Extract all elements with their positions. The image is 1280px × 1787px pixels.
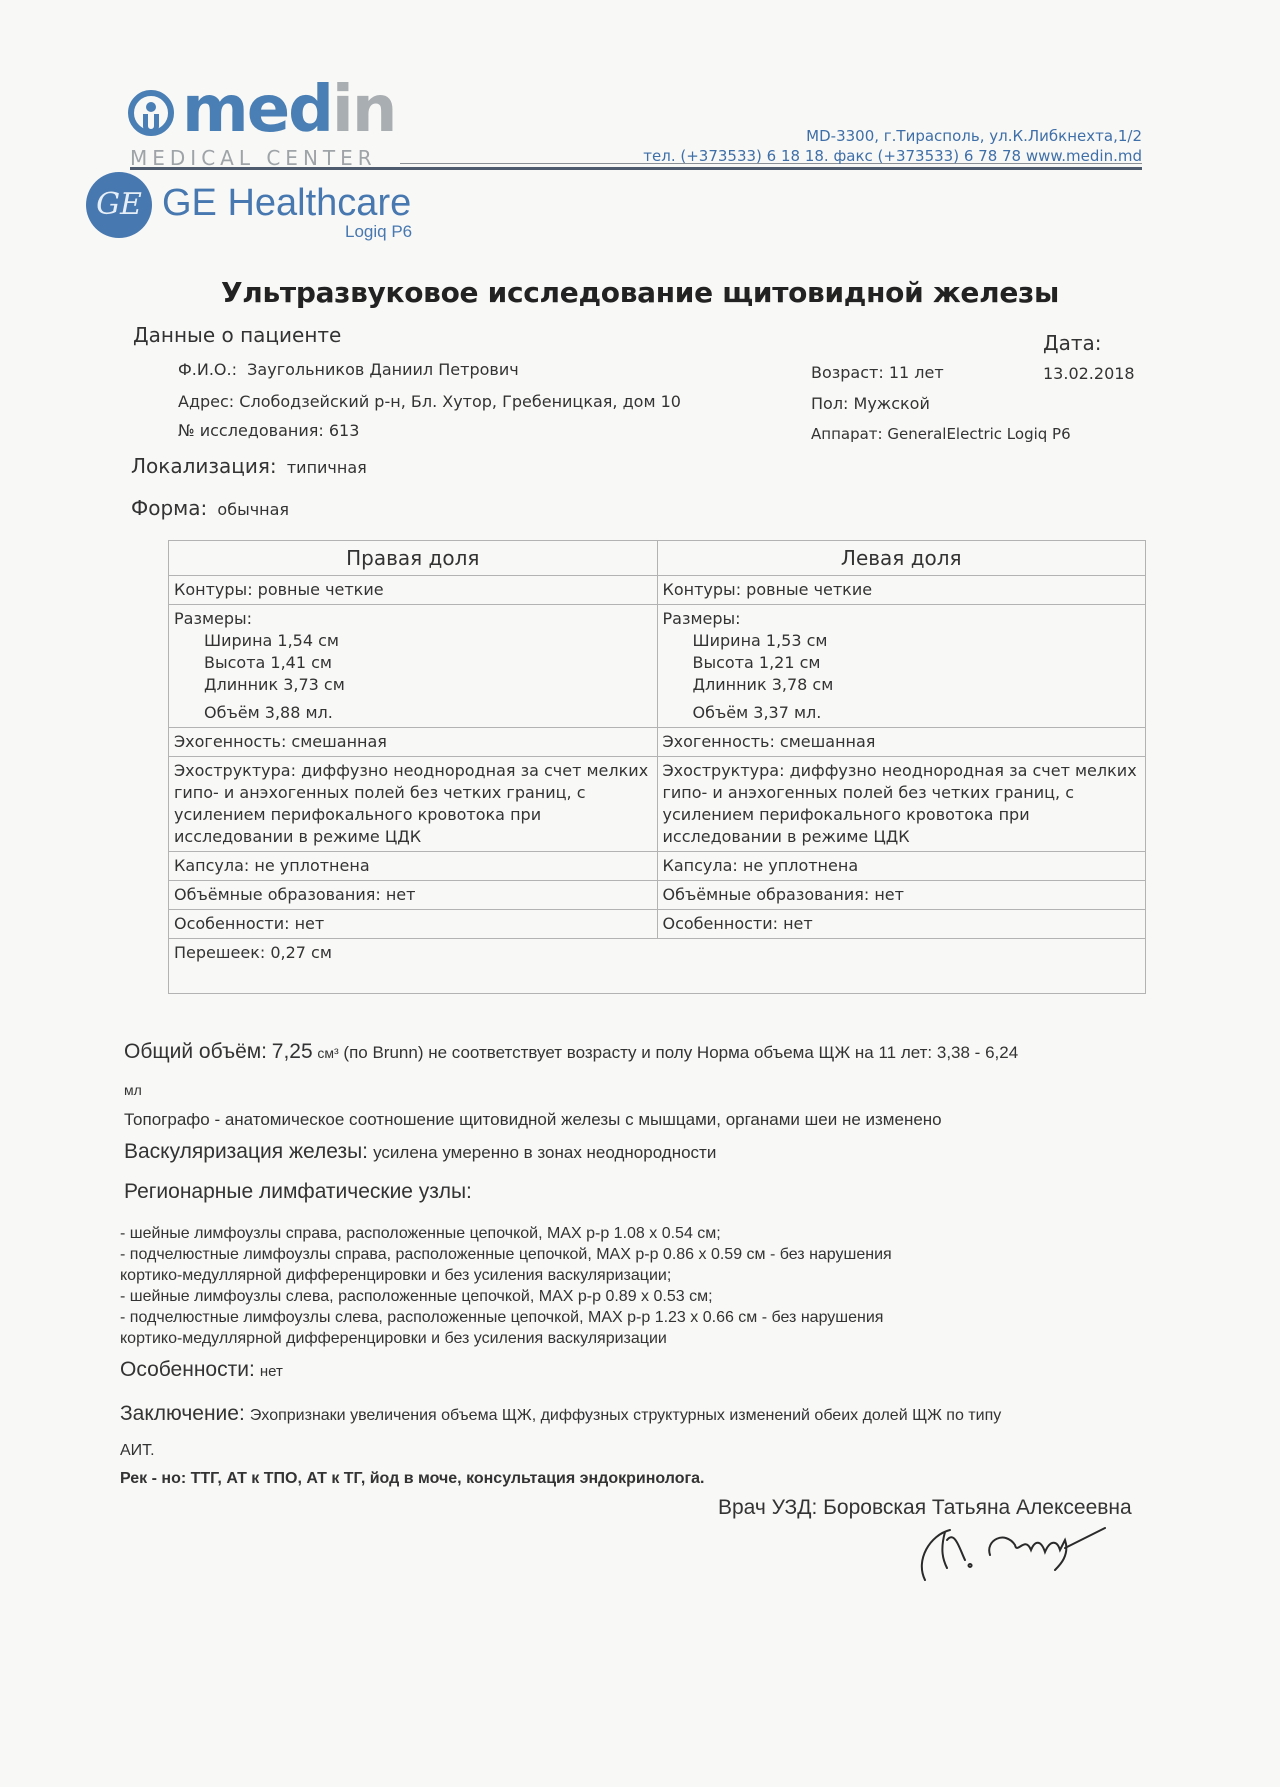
- conclusion-cont: АИТ.: [120, 1442, 155, 1460]
- total-volume-unit-cont: мл: [124, 1082, 142, 1098]
- topography: Топографо - анатомическое соотношение щи…: [124, 1110, 942, 1130]
- study-number: № исследования: 613: [178, 421, 359, 440]
- patient-name: Ф.И.О.: Заугольников Даниил Петрович: [178, 360, 519, 379]
- left-volume: Объём 3,37 мл.: [663, 702, 1141, 724]
- left-masses: Объёмные образования: нет: [657, 881, 1146, 910]
- table-row: Размеры: Ширина 1,54 см Высота 1,41 см Д…: [169, 605, 1146, 728]
- header-divider: [130, 167, 1142, 170]
- patient-section-label: Данные о пациенте: [133, 323, 341, 347]
- ge-monogram-icon: GE: [86, 172, 152, 238]
- total-volume: Общий объём: 7,25 см³ (по Brunn) не соот…: [124, 1040, 1164, 1064]
- lymph-nodes-list: - шейные лимфоузлы справа, расположенные…: [120, 1223, 892, 1349]
- right-capsule: Капсула: не уплотнена: [169, 852, 658, 881]
- left-lobe-header: Левая доля: [657, 541, 1146, 576]
- left-capsule: Капсула: не уплотнена: [657, 852, 1146, 881]
- device-info: Аппарат: GeneralElectric Logiq P6: [811, 425, 1071, 443]
- left-echogenicity: Эхогенность: смешанная: [657, 728, 1146, 757]
- report-page: medin MEDICAL CENTER MD-3300, г.Тираспол…: [0, 0, 1280, 1787]
- table-row: Капсула: не уплотнена Капсула: не уплотн…: [169, 852, 1146, 881]
- right-masses: Объёмные образования: нет: [169, 881, 658, 910]
- signature-icon: [905, 1520, 1115, 1590]
- left-features: Особенности: нет: [657, 910, 1146, 939]
- clinic-address: MD-3300, г.Тирасполь, ул.К.Либкнехта,1/2: [643, 126, 1142, 146]
- date-label: Дата:: [1043, 331, 1102, 355]
- list-item: кортико-медуллярной дифференцировки и бе…: [120, 1265, 892, 1286]
- right-echostructure: Эхоструктура: диффузно неоднородная за с…: [169, 757, 658, 852]
- recommendation: Рек - но: ТТГ, АТ к ТПО, АТ к ТГ, йод в …: [120, 1470, 705, 1488]
- lymph-nodes-label: Регионарные лимфатические узлы:: [124, 1180, 472, 1204]
- list-item: - подчелюстные лимфоузлы справа, располо…: [120, 1244, 892, 1265]
- table-row: Объёмные образования: нет Объёмные образ…: [169, 881, 1146, 910]
- medin-wordmark: medin: [182, 72, 395, 148]
- vascularization: Васкуляризация железы: усилена умеренно …: [124, 1140, 716, 1164]
- right-length: Длинник 3,73 см: [174, 674, 652, 696]
- doctor-name: Врач УЗД: Боровская Татьяна Алексеевна: [718, 1496, 1132, 1520]
- isthmus: Перешеек: 0,27 см: [169, 939, 1146, 994]
- right-volume: Объём 3,88 мл.: [174, 702, 652, 724]
- clinic-phone-fax-web: тел. (+373533) 6 18 18. факс (+373533) 6…: [643, 146, 1142, 166]
- left-length: Длинник 3,78 см: [663, 674, 1141, 696]
- page-title: Ультразвуковое исследование щитовидной ж…: [0, 276, 1280, 309]
- left-contours: Контуры: ровные четкие: [657, 576, 1146, 605]
- right-height: Высота 1,41 см: [174, 652, 652, 674]
- clinic-contacts: MD-3300, г.Тирасполь, ул.К.Либкнехта,1/2…: [643, 126, 1142, 166]
- list-item: кортико-медуллярной дифференцировки и бе…: [120, 1328, 892, 1349]
- table-row: Перешеек: 0,27 см: [169, 939, 1146, 994]
- left-sizes: Размеры: Ширина 1,53 см Высота 1,21 см Д…: [657, 605, 1146, 728]
- medin-mark-icon: [128, 90, 174, 136]
- left-height: Высота 1,21 см: [663, 652, 1141, 674]
- table-row: Эхоструктура: диффузно неоднородная за с…: [169, 757, 1146, 852]
- shape: Форма: обычная: [131, 496, 289, 520]
- right-features: Особенности: нет: [169, 910, 658, 939]
- localization: Локализация: типичная: [131, 454, 367, 478]
- table-row: Контуры: ровные четкие Контуры: ровные ч…: [169, 576, 1146, 605]
- lobes-table: Правая доля Левая доля Контуры: ровные ч…: [168, 540, 1146, 994]
- study-date: 13.02.2018: [1043, 364, 1135, 383]
- table-row: Особенности: нет Особенности: нет: [169, 910, 1146, 939]
- conclusion: Заключение: Эхопризнаки увеличения объем…: [120, 1402, 1170, 1426]
- list-item: - шейные лимфоузлы слева, расположенные …: [120, 1286, 892, 1307]
- patient-sex: Пол: Мужской: [811, 394, 930, 413]
- device-brand: GE Healthcare: [162, 182, 411, 224]
- left-width: Ширина 1,53 см: [663, 630, 1141, 652]
- list-item: - подчелюстные лимфоузлы слева, располож…: [120, 1307, 892, 1328]
- right-contours: Контуры: ровные четкие: [169, 576, 658, 605]
- table-row: Эхогенность: смешанная Эхогенность: смеш…: [169, 728, 1146, 757]
- patient-address: Адрес: Слободзейский р-н, Бл. Хутор, Гре…: [178, 392, 681, 411]
- right-echogenicity: Эхогенность: смешанная: [169, 728, 658, 757]
- features: Особенности: нет: [120, 1358, 283, 1382]
- left-echostructure: Эхоструктура: диффузно неоднородная за с…: [657, 757, 1146, 852]
- device-model: Logiq P6: [345, 222, 412, 242]
- list-item: - шейные лимфоузлы справа, расположенные…: [120, 1223, 892, 1244]
- right-sizes: Размеры: Ширина 1,54 см Высота 1,41 см Д…: [169, 605, 658, 728]
- right-lobe-header: Правая доля: [169, 541, 658, 576]
- table-header-row: Правая доля Левая доля: [169, 541, 1146, 576]
- patient-age: Возраст: 11 лет: [811, 363, 944, 382]
- right-width: Ширина 1,54 см: [174, 630, 652, 652]
